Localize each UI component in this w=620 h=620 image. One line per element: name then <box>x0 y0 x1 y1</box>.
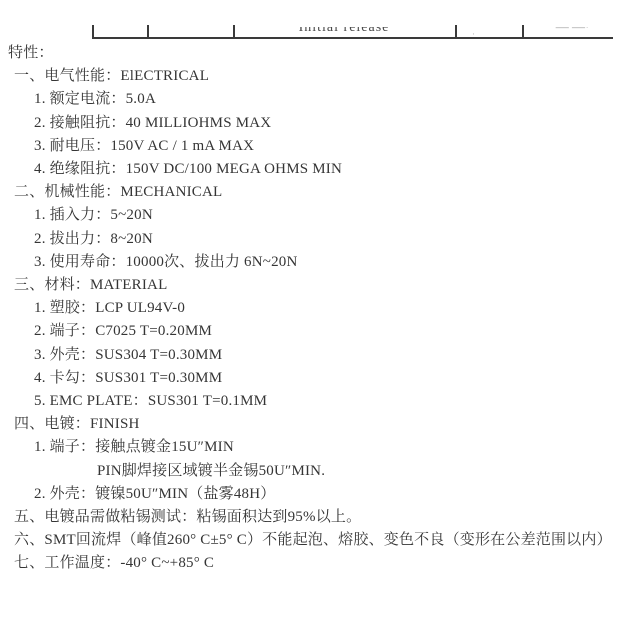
spec-line: 4. 卡勾：SUS301 T=0.30MM <box>0 367 620 390</box>
spec-line: 4. 绝缘阻抗：150V DC/100 MEGA OHMS MIN <box>0 158 620 181</box>
spec-line: PIN脚焊接区域镀半金锡50U″MIN. <box>0 460 620 483</box>
spec-line: 2. 接触阻抗：40 MILLIOHMS MAX <box>0 112 620 135</box>
spec-line: 2. 端子：C7025 T=0.20MM <box>0 320 620 343</box>
table-column-divider <box>522 25 524 39</box>
spec-line: 七、工作温度：-40° C~+85° C <box>0 552 620 575</box>
spec-line: 5. EMC PLATE：SUS301 T=0.1MM <box>0 390 620 413</box>
spec-line: 1. 端子：接触点镀金15U″MIN <box>0 436 620 459</box>
spec-line: 3. 耐电压：150V AC / 1 mA MAX <box>0 135 620 158</box>
spec-line: 特性： <box>0 42 620 65</box>
spec-line: 1. 塑胶：LCP UL94V-0 <box>0 297 620 320</box>
spec-text-block: 特性：一、电气性能：ElECTRICAL1. 额定电流：5.0A2. 接触阻抗：… <box>0 42 620 576</box>
revision-right-fragment: — —· <box>532 27 613 36</box>
table-column-divider <box>455 25 457 39</box>
table-column-divider <box>147 25 149 39</box>
revision-description: Initial release <box>233 27 455 37</box>
spec-line: 3. 使用寿命：10000次、拔出力 6N~20N <box>0 251 620 274</box>
revision-table-fragment: Initial release · — —· <box>92 0 613 39</box>
spec-line: 三、材料：MATERIAL <box>0 274 620 297</box>
spec-line: 一、电气性能：ElECTRICAL <box>0 65 620 88</box>
table-column-divider <box>92 25 94 39</box>
spec-document-page: Initial release · — —· 特性：一、电气性能：ElECTRI… <box>0 0 620 620</box>
spec-line: 2. 拔出力：8~20N <box>0 228 620 251</box>
spec-line: 五、电镀品需做粘锡测试：粘锡面积达到95%以上。 <box>0 506 620 529</box>
spec-line: 四、电镀：FINISH <box>0 413 620 436</box>
spec-line: 3. 外壳：SUS304 T=0.30MM <box>0 344 620 367</box>
spec-line: 2. 外壳：镀镍50U″MIN（盐雾48H） <box>0 483 620 506</box>
revision-cell-mark: · <box>472 30 475 39</box>
spec-line: 六、SMT回流焊（峰值260° C±5° C）不能起泡、熔胶、变色不良（变形在公… <box>0 529 620 552</box>
spec-line: 二、机械性能：MECHANICAL <box>0 181 620 204</box>
spec-line: 1. 额定电流：5.0A <box>0 88 620 111</box>
table-bottom-border <box>92 37 613 39</box>
spec-line: 1. 插入力：5~20N <box>0 204 620 227</box>
